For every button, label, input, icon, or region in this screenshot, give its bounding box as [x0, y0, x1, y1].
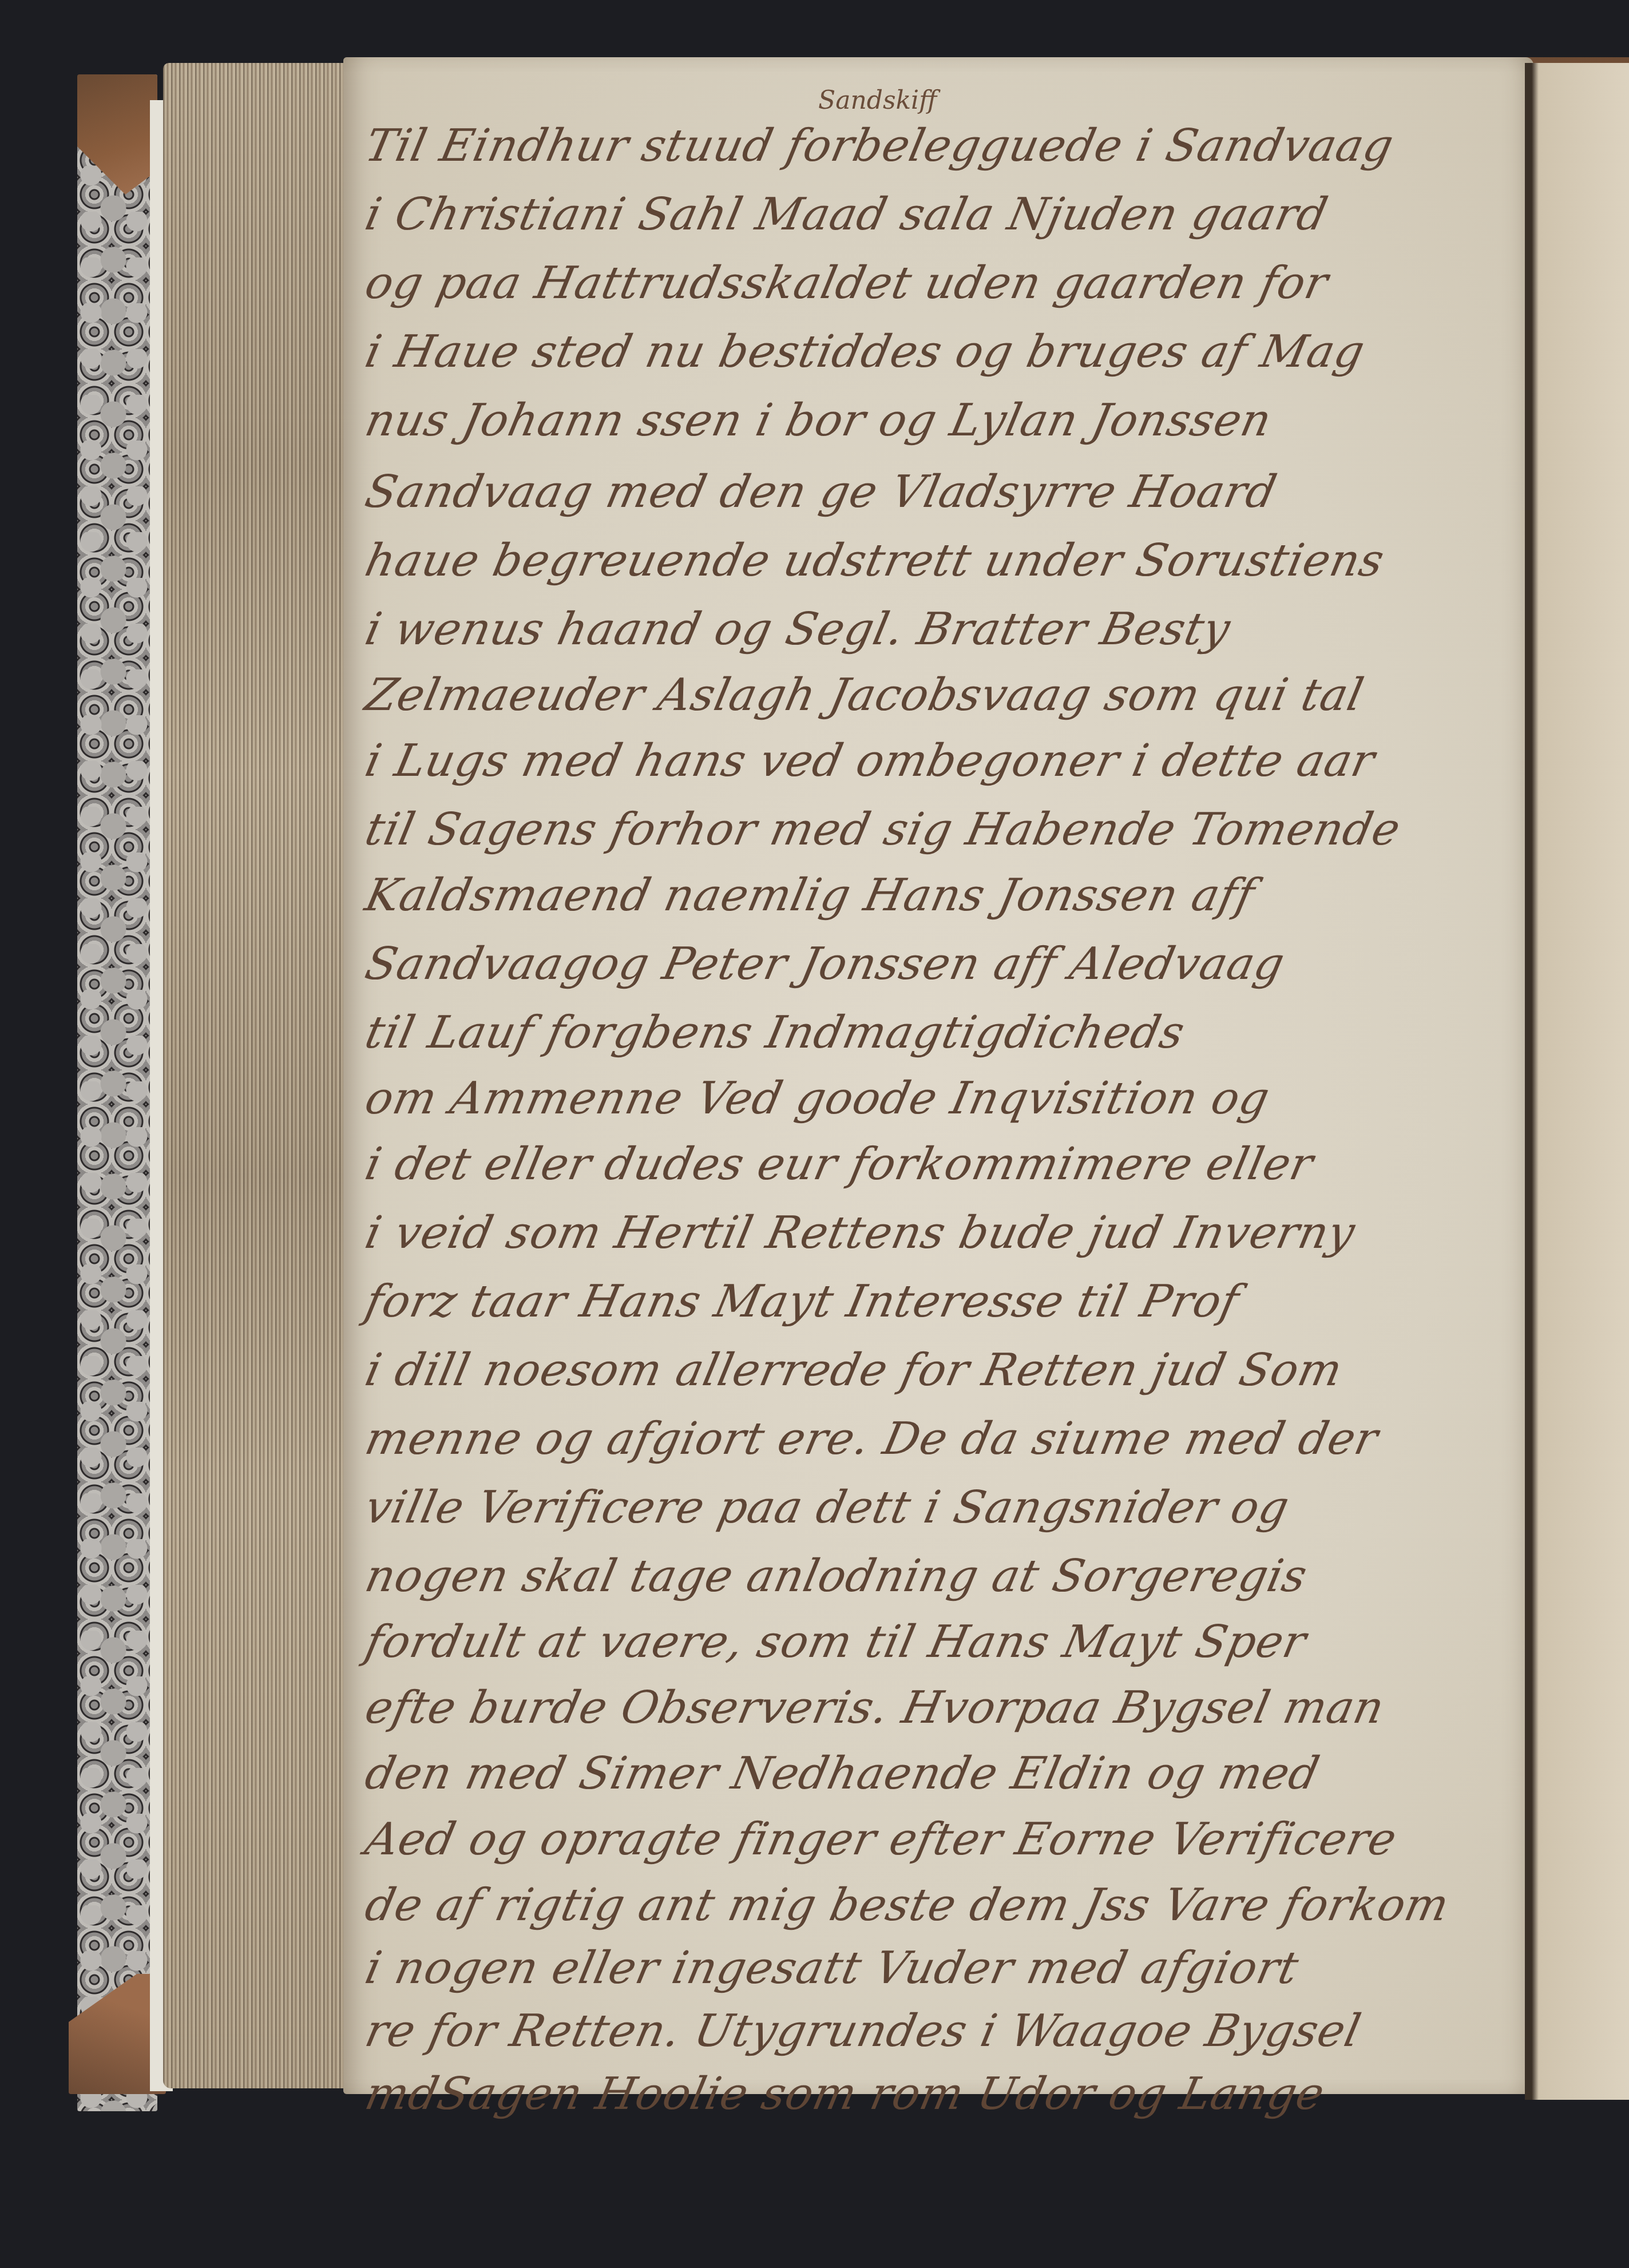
text-line: i nogen eller ingesatt Vuder med afgiort — [360, 1942, 1303, 1994]
manuscript-scan: Sandskiff Til Eindhur stuud forbeleggued… — [0, 0, 1629, 2268]
text-line: Sandvaag med den ge Vladsyrre Hoard — [360, 466, 1281, 518]
text-line: re for Retten. Utygrundes i Waagoe Bygse… — [360, 2005, 1365, 2057]
text-line: i Lugs med hans ved ombegoner i dette aa… — [360, 735, 1379, 787]
text-line: Til Eindhur stuud forbelegguede i Sandva… — [360, 120, 1398, 172]
facing-page — [1525, 63, 1629, 2100]
text-line: Aed og opragte finger efter Eorne Verifi… — [360, 1814, 1401, 1865]
text-line: og paa Hattrudsskaldet uden gaarden for — [360, 257, 1333, 309]
text-line: i Haue sted nu bestiddes og bruges af Ma… — [360, 326, 1369, 378]
text-line: ville Verificere paa dett i Sangsnider o… — [360, 1482, 1294, 1533]
text-line: menne og afgiort ere. De da siume med de… — [360, 1413, 1382, 1465]
text-line: efte burde Observeris. Hvorpaa Bygsel ma… — [360, 1682, 1389, 1734]
marbled-cover-board — [77, 74, 157, 2111]
text-line: i Christiani Sahl Maad sala Njuden gaard — [360, 189, 1332, 240]
page-edge-stack — [163, 63, 352, 2088]
text-line: mdSagen Hoolie som rom Udor og Lange — [360, 2068, 1329, 2120]
text-line: de af rigtig ant mig beste dem Jss Vare … — [360, 1880, 1453, 1931]
text-line: nus Johann ssen i bor og Lylan Jonssen — [360, 395, 1276, 446]
text-line: i dill noesom allerrede for Retten jud S… — [360, 1345, 1347, 1396]
text-line: haue begreuende udstrett under Sorustien… — [360, 535, 1389, 586]
text-line: i veid som Hertil Rettens bude jud Inver… — [360, 1207, 1360, 1259]
text-line: fordult at vaere, som til Hans Mayt Sper — [360, 1616, 1311, 1668]
text-line: den med Simer Nedhaende Eldin og med — [360, 1748, 1324, 1799]
text-line: til Lauf forgbens Indmagtigdicheds — [360, 1007, 1189, 1058]
text-line: i det eller dudes eur forkommimere eller — [360, 1139, 1318, 1190]
interlinear-note: Sandskiff — [818, 86, 937, 115]
text-line: Kaldsmaend naemlig Hans Jonssen aff — [360, 870, 1259, 921]
text-line: Sandvaagog Peter Jonssen aff Aledvaag — [360, 938, 1289, 990]
text-line: i wenus haand og Segl. Bratter Besty — [360, 604, 1235, 655]
text-line: Zelmaeuder Aslagh Jacobsvaag som qui tal — [360, 669, 1368, 721]
text-line: om Ammenne Ved goode Inqvisition og — [360, 1073, 1274, 1124]
text-line: forz taar Hans Mayt Interesse til Prof — [360, 1276, 1243, 1327]
text-line: til Sagens forhor med sig Habende Tomend… — [360, 804, 1405, 855]
text-line: nogen skal tage anlodning at Sorgeregis — [360, 1551, 1311, 1602]
